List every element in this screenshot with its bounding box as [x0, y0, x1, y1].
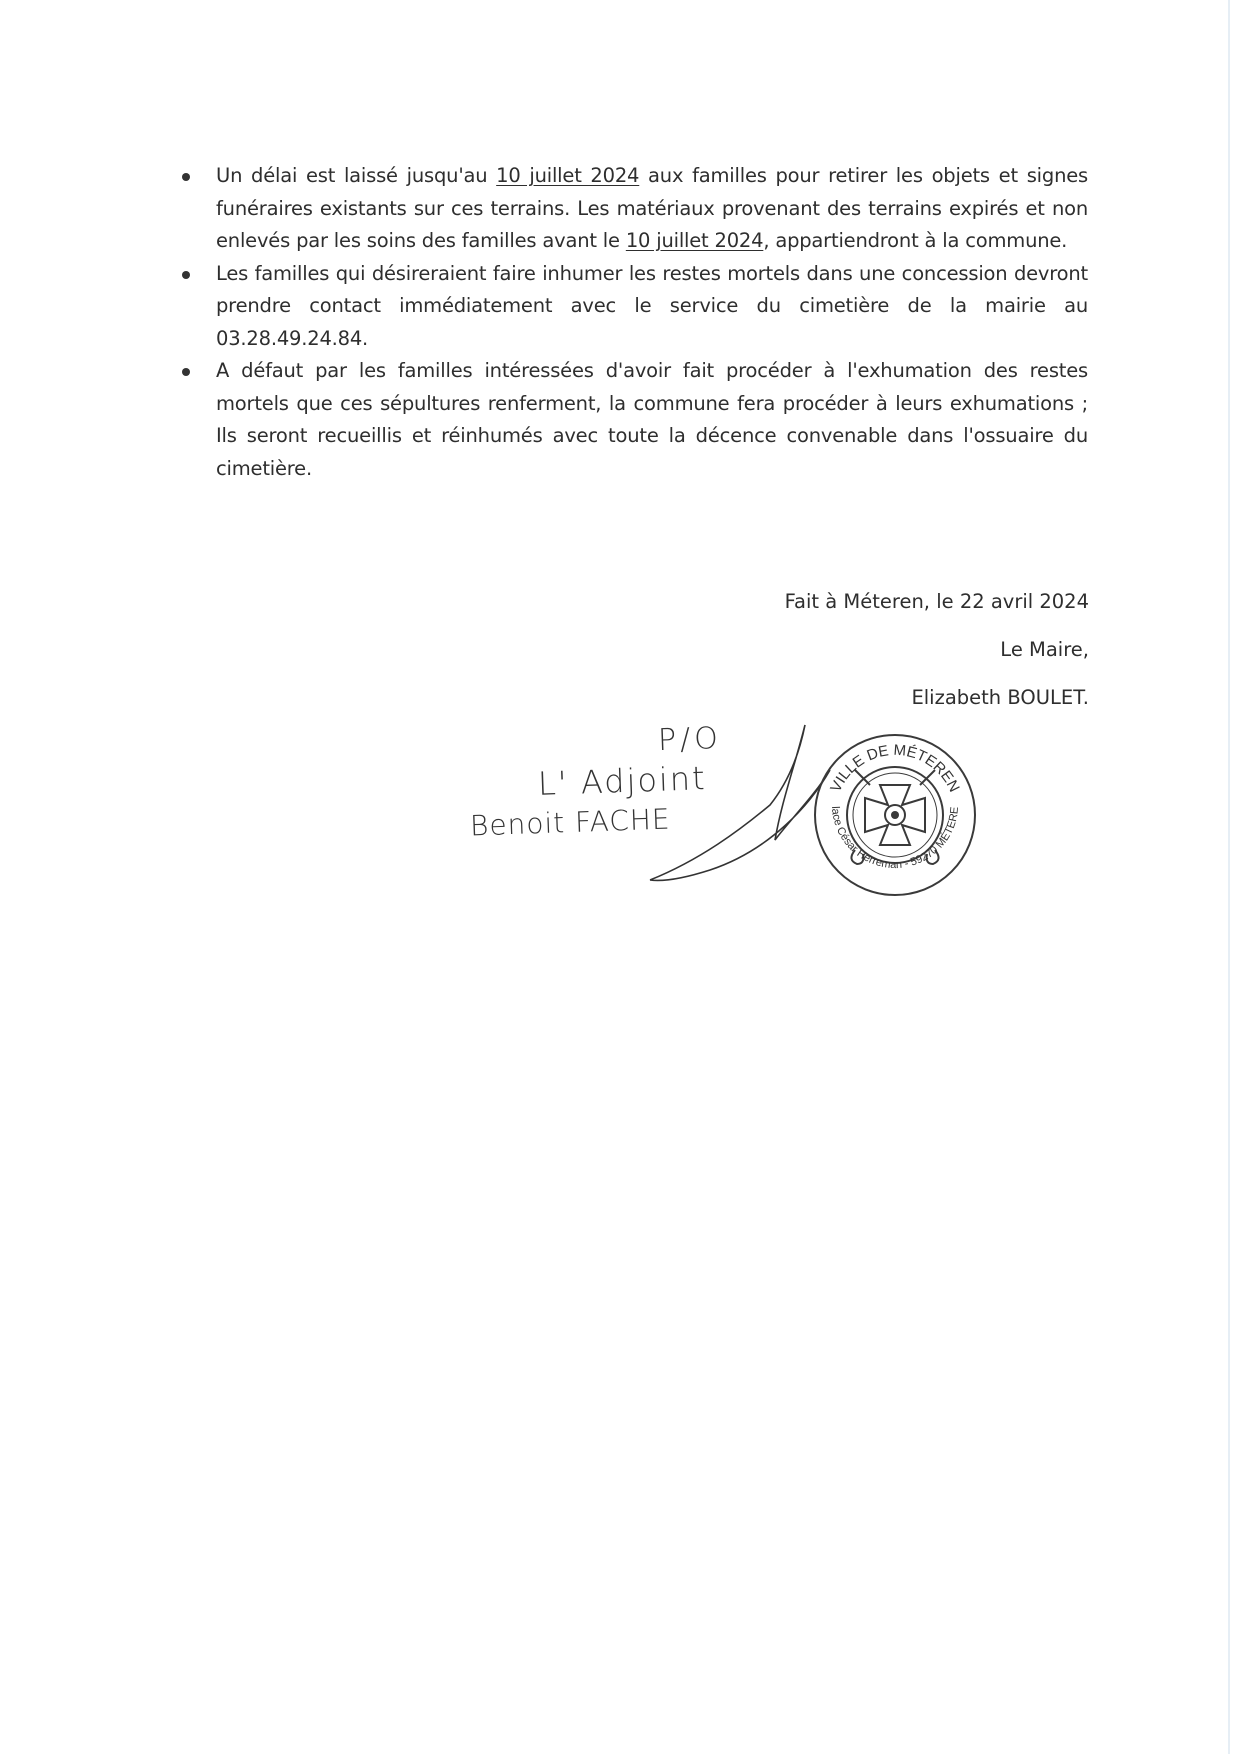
scan-edge-line	[1228, 0, 1230, 1754]
bullet-text: Un délai est laissé jusqu'au	[216, 164, 496, 187]
bullet-icon	[182, 271, 190, 279]
city-stamp: VILLE DE MÉTEREN Place César Herreman - …	[810, 730, 980, 900]
bullet-item-exhumation: A défaut par les familles intéressées d'…	[178, 355, 1088, 485]
bullet-item-deadline: Un délai est laissé jusqu'au 10 juillet …	[178, 160, 1088, 258]
stamp-seal-icon: VILLE DE MÉTEREN Place César Herreman - …	[810, 730, 980, 900]
place-date: Fait à Méteren, le 22 avril 2024	[785, 587, 1089, 635]
underlined-date: 10 juillet 2024	[496, 164, 639, 187]
bullet-icon	[182, 173, 190, 181]
bullet-icon	[182, 368, 190, 376]
signatory-role: Le Maire,	[785, 635, 1089, 683]
bullet-item-contact: Les familles qui désireraient faire inhu…	[178, 258, 1088, 356]
bullet-list: Un délai est laissé jusqu'au 10 juillet …	[178, 160, 1088, 485]
underlined-date: 10 juillet 2024	[626, 229, 764, 252]
bullet-text: Les familles qui désireraient faire inhu…	[216, 262, 1088, 350]
bullet-text: A défaut par les familles intéressées d'…	[216, 359, 1088, 480]
bullet-text: , appartiendront à la commune.	[763, 229, 1067, 252]
